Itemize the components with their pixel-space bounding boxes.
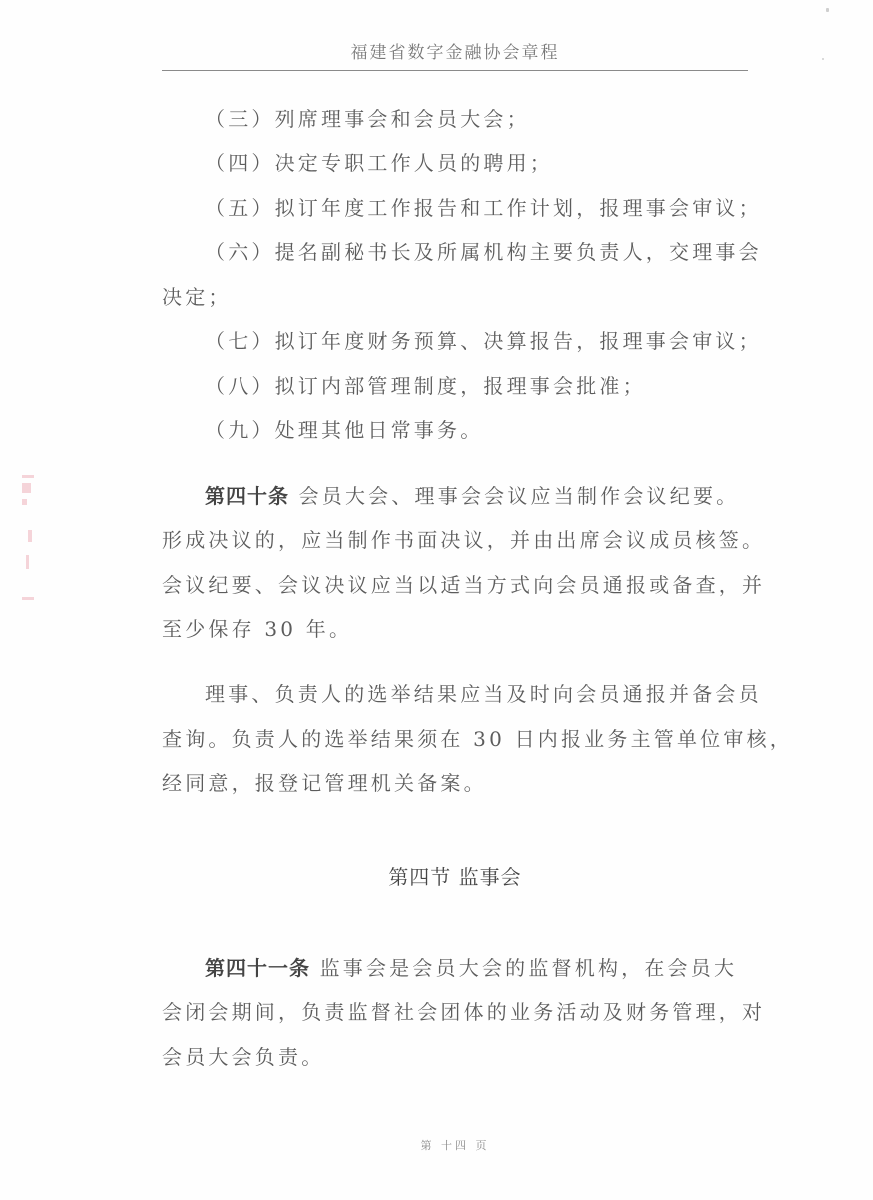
election-paragraph-line: 理事、负责人的选举结果应当及时向会员通报并备会员 (205, 682, 791, 706)
article-text: 会员大会、理事会会议应当制作会议纪要。 (299, 484, 740, 508)
article-40-heading: 第四十条 (205, 484, 289, 508)
article-41-heading: 第四十一条 (205, 956, 310, 980)
list-item: （五）拟订年度工作报告和工作计划，报理事会审议； (205, 196, 791, 220)
list-item: （九）处理其他日常事务。 (205, 418, 791, 442)
article-40-line: 形成决议的，应当制作书面决议，并由出席会议成员核签。 (162, 528, 748, 552)
item-label: （八） (205, 374, 275, 398)
article-41-line: 第四十一条 监事会是会员大会的监督机构，在会员大 (205, 956, 791, 980)
list-item: （七）拟订年度财务预算、决算报告，报理事会审议； (205, 329, 791, 353)
scan-speck (822, 58, 824, 60)
item-label: （六） (205, 240, 275, 264)
article-text: 会闭会期间，负责监督社会团体的业务活动及财务管理，对 (162, 1000, 765, 1024)
article-text: 会议纪要、会议决议应当以适当方式向会员通报或备查，并 (162, 573, 765, 597)
election-paragraph-line: 查询。负责人的选举结果须在 30 日内报业务主管单位审核， (162, 727, 748, 751)
item-label: （七） (205, 329, 275, 353)
scan-speck (826, 8, 829, 12)
article-40-line: 第四十条 会员大会、理事会会议应当制作会议纪要。 (205, 484, 791, 508)
item-label: （五） (205, 196, 275, 220)
article-40-line: 至少保存 30 年。 (162, 617, 748, 641)
list-item: （四）决定专职工作人员的聘用； (205, 151, 791, 175)
list-item: （六）提名副秘书长及所属机构主要负责人，交理事会 (205, 240, 791, 264)
item-text: 拟订年度财务预算、决算报告，报理事会审议； (275, 329, 762, 353)
item-text: 决定专职工作人员的聘用； (275, 151, 553, 175)
list-item: （三）列席理事会和会员大会； (205, 107, 791, 131)
item-text: 决定； (162, 285, 232, 309)
list-item: （八）拟订内部管理制度，报理事会批准； (205, 374, 791, 398)
article-41-line: 会闭会期间，负责监督社会团体的业务活动及财务管理，对 (162, 1000, 748, 1024)
seal-stamp-mark (22, 475, 38, 605)
item-text: 拟订内部管理制度，报理事会批准； (275, 374, 646, 398)
item-text: 处理其他日常事务。 (275, 418, 484, 442)
article-text: 形成决议的，应当制作书面决议，并由出席会议成员核签。 (162, 528, 765, 552)
header-rule (162, 70, 748, 71)
document-page: 福建省数字金融协会章程 （三）列席理事会和会员大会； （四）决定专职工作人员的聘… (0, 0, 873, 1200)
item-label: （九） (205, 418, 275, 442)
running-header: 福建省数字金融协会章程 (162, 38, 748, 63)
paragraph-text: 经同意，报登记管理机关备案。 (162, 771, 487, 795)
article-text: 监事会是会员大会的监督机构，在会员大 (320, 956, 738, 980)
section-heading: 第四节 监事会 (162, 865, 748, 889)
item-label: （四） (205, 151, 275, 175)
list-item-continuation: 决定； (162, 285, 748, 309)
page-number: 第 十四 页 (162, 1137, 748, 1153)
paragraph-text: 理事、负责人的选举结果应当及时向会员通报并备会员 (205, 682, 762, 706)
item-text: 拟订年度工作报告和工作计划，报理事会审议； (275, 196, 762, 220)
item-text: 列席理事会和会员大会； (275, 107, 530, 131)
paragraph-text: 查询。负责人的选举结果须在 30 日内报业务主管单位审核， (162, 727, 793, 751)
election-paragraph-line: 经同意，报登记管理机关备案。 (162, 771, 748, 795)
article-text: 至少保存 30 年。 (162, 617, 352, 641)
article-41-line: 会员大会负责。 (162, 1045, 748, 1069)
item-text: 提名副秘书长及所属机构主要负责人，交理事会 (275, 240, 762, 264)
item-label: （三） (205, 107, 275, 131)
article-text: 会员大会负责。 (162, 1045, 324, 1069)
article-40-line: 会议纪要、会议决议应当以适当方式向会员通报或备查，并 (162, 573, 748, 597)
